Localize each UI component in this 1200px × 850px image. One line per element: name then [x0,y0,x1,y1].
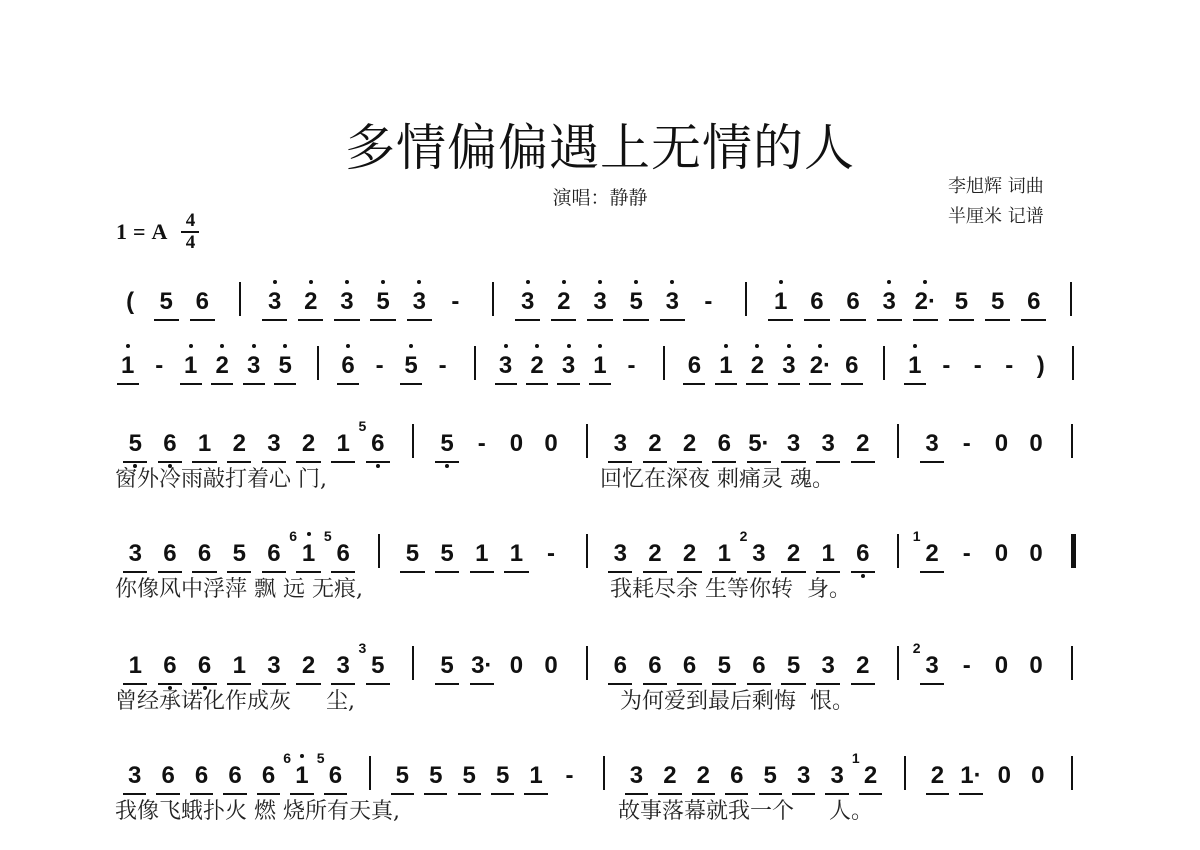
note: 3 [654,288,690,316]
note: 2 [222,430,257,458]
octave-up-dot [913,344,917,348]
note: 5· [742,430,777,458]
underline-beam [683,383,705,385]
octave-up-dot [504,344,508,348]
octave-up-dot [381,280,385,284]
note: 6 [185,762,218,790]
note: 3 [915,430,950,458]
underline-beam [904,383,926,385]
note: 3 [603,430,638,458]
note: 1 [499,540,534,568]
underline-beam [920,683,944,685]
key-degree: 1 [116,219,127,245]
octave-up-dot [220,344,224,348]
note: 5 [386,762,419,790]
key-equals: = [133,219,146,245]
lyric-line-3a: 曾经承诺化作成灰 尘, [115,684,355,715]
key-note: A [152,219,168,245]
barline [1071,756,1073,790]
note: 6 [184,288,220,316]
barline [586,534,588,568]
underline-beam [841,383,863,385]
note: 1 [899,352,930,380]
dash-extension: - [690,288,726,316]
note: 2 [776,540,811,568]
note: 1 [187,430,222,458]
note: 5 [430,430,465,458]
underline-beam [504,571,528,573]
note: 3 [773,352,804,380]
underline-beam [809,383,831,385]
underline-beam [660,319,685,321]
note: 6 [187,540,222,568]
note: 1 [584,352,615,380]
underline-beam [370,319,395,321]
underline-beam [366,461,390,463]
underline-beam [180,383,202,385]
octave-up-dot [887,280,891,284]
rest-note: 0 [499,430,534,458]
note: 6 [257,540,292,568]
rest-note: 0 [984,652,1019,680]
dash-extension: - [931,352,962,380]
barline [897,534,899,568]
note: 2 [921,762,954,790]
underline-beam [851,571,875,573]
note: 6 [846,540,881,568]
note: 6 [326,540,361,568]
note: 5 [430,652,465,680]
note: 2 [687,762,720,790]
note: 2 [854,762,887,790]
rest-note: 0 [1021,762,1054,790]
note: 5 [943,288,979,316]
barline [317,346,319,380]
rest-note: 0 [499,652,534,680]
octave-up-dot [598,280,602,284]
barline [1070,282,1072,316]
underline-beam [768,319,793,321]
note: 6 [319,762,352,790]
note: 6 [799,288,835,316]
octave-up-dot [126,344,130,348]
parenthesis: ( [112,288,148,316]
barline [586,424,588,458]
note: 5 [148,288,184,316]
barline [1071,424,1073,458]
dash-extension: - [437,288,473,316]
note: 3 [811,430,846,458]
underline-beam [424,793,447,795]
note: 3 [257,430,292,458]
underline-beam [778,383,800,385]
note: 5 [707,652,742,680]
octave-up-dot [345,280,349,284]
note: 3 [401,288,437,316]
octave-up-dot [567,344,571,348]
octave-up-dot [273,280,277,284]
octave-up-dot [779,280,783,284]
barline [474,346,476,380]
rest-note: 0 [1019,652,1054,680]
rest-note: 0 [988,762,1021,790]
underline-beam [243,383,265,385]
octave-up-dot [670,280,674,284]
underline-beam [435,571,459,573]
underline-beam [804,319,829,321]
note: 6 [835,288,871,316]
dash-extension: - [949,540,984,568]
notation-row: 16613233553·006665653223-00 [118,640,1088,680]
note: 1 [291,540,326,568]
octave-up-dot [417,280,421,284]
note: 1 [326,430,361,458]
underline-beam [623,319,648,321]
underline-beam [337,383,359,385]
credits: 李旭辉 词曲 半厘米 记谱 [948,172,1044,232]
barline [586,646,588,680]
note: 3 [776,430,811,458]
lyric-line-4a: 我像飞蛾扑火 燃 烧所有天真, [115,794,400,825]
note: 3 [915,652,950,680]
note: 3 [118,762,151,790]
barline [904,756,906,790]
note: 2 [291,652,326,680]
lyric-line-4b: 故事落幕就我一个 人。 [618,794,873,825]
lyricist-composer-credit: 李旭辉 词曲 [948,172,1044,202]
underline-beam [331,461,355,463]
lyric-line-3b: 为何爱到最后剩悔 恨。 [620,684,854,715]
notation-row: 5612321565-0032265·3323-00 [118,418,1088,458]
barline [492,282,494,316]
underline-beam [274,383,296,385]
underline-beam [589,383,611,385]
note: 2 [291,430,326,458]
underline-beam [458,793,481,795]
note: 2 [846,652,881,680]
underline-beam [985,319,1010,321]
underline-beam [298,319,323,321]
dash-extension: - [464,430,499,458]
note: 5 [452,762,485,790]
note: 2 [206,352,237,380]
note: 5 [430,540,465,568]
underline-beam [715,383,737,385]
note: 3 [582,288,618,316]
barline [603,756,605,790]
note: 3 [603,540,638,568]
note: 6 [1016,288,1052,316]
note: 5 [980,288,1016,316]
underline-beam [587,319,612,321]
rest-note: 0 [534,652,569,680]
octave-up-dot [535,344,539,348]
barline [412,646,414,680]
note: 5 [395,352,426,380]
note: 5 [365,288,401,316]
underline-beam [400,571,424,573]
note: 6 [218,762,251,790]
note: 6 [332,352,363,380]
underline-beam [366,683,390,685]
rest-note: 0 [1019,540,1054,568]
note: 5 [486,762,519,790]
note: 3 [620,762,653,790]
note: 5 [618,288,654,316]
lyric-line-2b: 我耗尽余 生等你转 身。 [610,572,851,603]
note: 6 [153,540,188,568]
dash-extension: - [364,352,395,380]
lyric-line-2a: 你像风中浮萍 飘 远 无痕, [115,572,363,603]
note: 5 [269,352,300,380]
rest-note: 0 [984,540,1019,568]
underline-beam [877,319,902,321]
note: 2 [546,288,582,316]
note: 5 [395,540,430,568]
dash-extension: - [616,352,647,380]
note: 2 [672,430,707,458]
underline-beam [400,383,422,385]
note: 3 [490,352,521,380]
dash-extension: - [962,352,993,380]
note: 2· [805,352,836,380]
parenthesis: ) [1025,352,1056,380]
time-signature: 4 4 [181,212,199,252]
underline-beam [524,793,547,795]
octave-up-dot [346,344,350,348]
repeat-barline [1071,534,1076,568]
dash-extension: - [534,540,569,568]
note: 2 [638,540,673,568]
note: 6 [153,652,188,680]
octave-up-dot [283,344,287,348]
octave-up-dot [634,280,638,284]
underline-beam [470,571,494,573]
time-denominator: 4 [186,234,196,252]
octave-down-dot [376,464,380,468]
underline-beam [495,383,517,385]
note: 3 [787,762,820,790]
note: 6 [672,652,707,680]
underline-beam [551,319,576,321]
note: 6 [151,762,184,790]
barline [897,646,899,680]
underline-beam [746,383,768,385]
note: 1 [285,762,318,790]
note: 5 [118,430,153,458]
note: 3 [871,288,907,316]
barline [897,424,899,458]
notation-row: (5632353-32353-16632·556 [112,276,1088,316]
underline-beam [913,319,938,321]
underline-beam [435,683,459,685]
note: 2 [915,540,950,568]
underline-beam [949,319,974,321]
octave-up-dot [787,344,791,348]
note: 5 [754,762,787,790]
note: 1 [118,652,153,680]
note: 1 [707,540,742,568]
underline-beam [262,319,287,321]
note: 3 [329,288,365,316]
time-numerator: 4 [186,212,196,230]
underline-beam [920,461,944,463]
note: 6 [742,652,777,680]
note: 2 [672,540,707,568]
underline-beam [920,571,944,573]
note: 3 [238,352,269,380]
underline-beam [491,793,514,795]
note: 6 [707,430,742,458]
underline-beam [470,683,494,685]
note: 6 [679,352,710,380]
octave-up-dot [724,344,728,348]
barline [369,756,371,790]
dash-extension: - [143,352,174,380]
underline-beam [1021,319,1046,321]
note: 3 [257,288,293,316]
note: 6 [153,430,188,458]
octave-up-dot [307,532,311,536]
underline-beam [840,319,865,321]
lyric-line-1b: 回忆在深夜 刺痛灵 魂。 [600,462,834,493]
note: 3 [742,540,777,568]
octave-up-dot [189,344,193,348]
barline [883,346,885,380]
note: 2 [846,430,881,458]
note: 5 [361,652,396,680]
barline [745,282,747,316]
octave-up-dot [598,344,602,348]
octave-up-dot [923,280,927,284]
underline-beam [926,793,949,795]
underline-beam [526,383,548,385]
key-signature: 1 = A 4 4 [116,212,199,252]
octave-up-dot [755,344,759,348]
note: 2 [521,352,552,380]
notation-row: 3665661565511-32212321612-00 [118,528,1088,568]
dash-extension: - [427,352,458,380]
note: 2 [742,352,773,380]
underline-beam [959,793,982,795]
note: 3 [510,288,546,316]
note: 6 [836,352,867,380]
note: 1 [112,352,143,380]
octave-down-dot [445,464,449,468]
underline-beam [515,319,540,321]
underline-beam [334,319,359,321]
octave-up-dot [309,280,313,284]
barline [663,346,665,380]
note: 6 [361,430,396,458]
underline-beam [407,319,432,321]
octave-up-dot [252,344,256,348]
octave-up-dot [300,754,304,758]
note: 3 [811,652,846,680]
rest-note: 0 [984,430,1019,458]
dash-extension: - [949,652,984,680]
song-title: 多情偏偏遇上无情的人 [0,108,1200,180]
note: 1 [519,762,552,790]
notation-row: 36666615655551-32265331221·00 [118,750,1088,790]
note: 1 [811,540,846,568]
note: 2 [638,430,673,458]
note: 2 [293,288,329,316]
barline [412,424,414,458]
octave-up-dot [526,280,530,284]
rest-note: 0 [1019,430,1054,458]
note: 3 [118,540,153,568]
underline-beam [851,683,875,685]
barline [378,534,380,568]
octave-up-dot [562,280,566,284]
dash-extension: - [994,352,1025,380]
dash-extension: - [553,762,586,790]
note: 1 [175,352,206,380]
underline-beam [557,383,579,385]
transcriber-credit: 半厘米 记谱 [948,202,1044,232]
octave-up-dot [818,344,822,348]
note: 3 [553,352,584,380]
note: 3 [326,652,361,680]
barline [1071,646,1073,680]
note: 1 [763,288,799,316]
note: 5 [419,762,452,790]
dash-extension: - [949,430,984,458]
note: 1· [954,762,987,790]
octave-up-dot [409,344,413,348]
underline-beam [117,383,139,385]
underline-beam [211,383,233,385]
note: 5 [222,540,257,568]
note: 1 [464,540,499,568]
underline-beam [851,461,875,463]
note: 6 [603,652,638,680]
note: 3 [257,652,292,680]
underline-beam [190,319,215,321]
lyric-line-1a: 窗外冷雨敲打着心 门, [115,462,327,493]
notation-row: 1-12356-5-3231-61232·61---) [112,340,1088,380]
underline-beam [154,319,179,321]
note: 6 [638,652,673,680]
note: 6 [187,652,222,680]
barline [1072,346,1074,380]
note: 3· [464,652,499,680]
note: 1 [222,652,257,680]
note: 5 [776,652,811,680]
note: 6 [252,762,285,790]
note: 2· [907,288,943,316]
barline [239,282,241,316]
note: 3 [820,762,853,790]
note: 2 [653,762,686,790]
note: 1 [710,352,741,380]
underline-beam [435,461,459,463]
rest-note: 0 [534,430,569,458]
octave-down-dot [861,574,865,578]
note: 6 [720,762,753,790]
